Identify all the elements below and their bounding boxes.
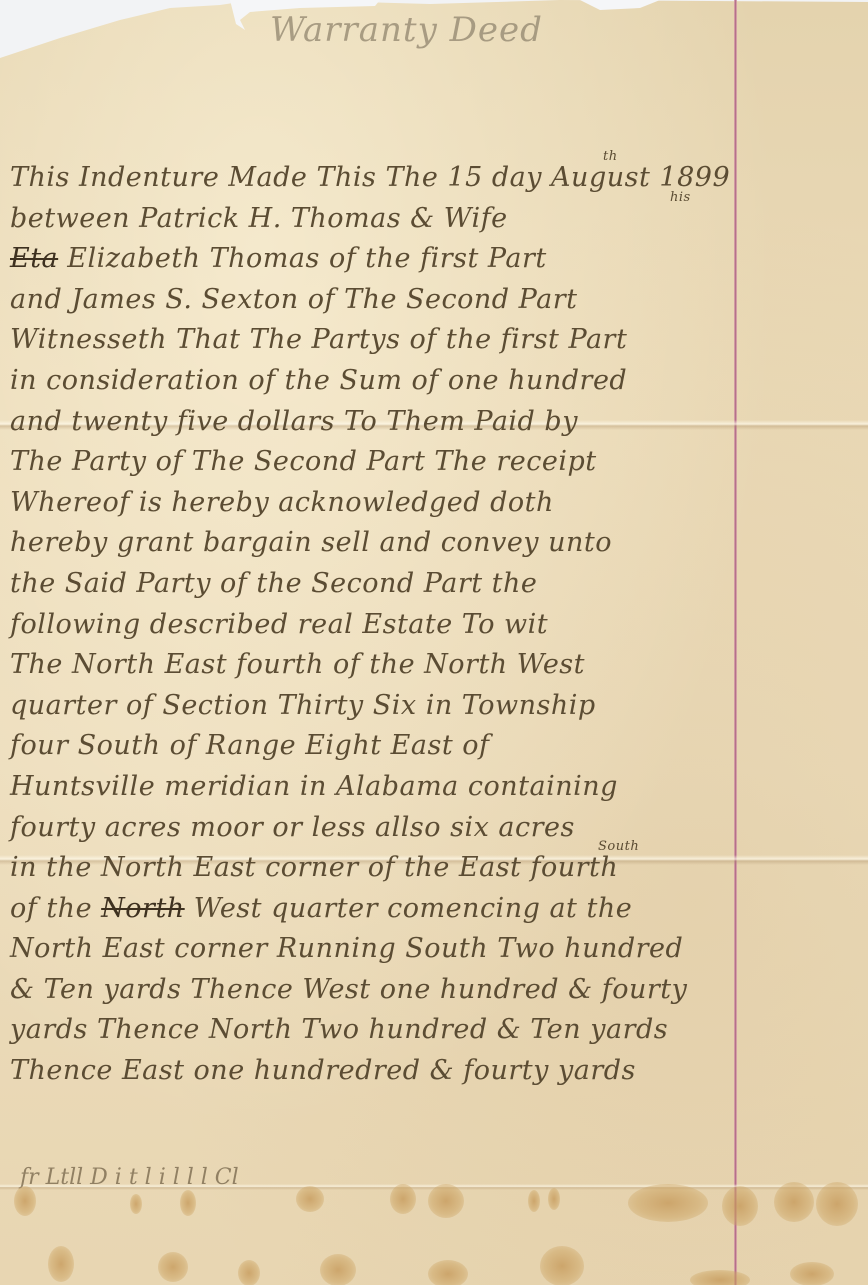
deed-line: of the North West quarter comencing at t… (10, 889, 868, 930)
deed-line-text: The Party of The Second Part The receipt (10, 446, 597, 477)
deed-line: yards Thence North Two hundred & Ten yar… (10, 1010, 868, 1051)
stain-mark (130, 1194, 142, 1214)
deed-line-text: in the North East corner of the East fou… (10, 852, 618, 883)
stain-mark (428, 1260, 468, 1285)
deed-line: Thence East one hundredred & fourty yard… (10, 1051, 868, 1092)
deed-line-text: and twenty five dollars To Them Paid by (10, 406, 578, 437)
deed-line: Whereof is hereby acknowledged doth (10, 483, 868, 524)
deed-line: Eta Elizabeth Thomas of the first Part (10, 239, 868, 280)
deed-line-text: Huntsville meridian in Alabama containin… (10, 771, 618, 802)
deed-line: and James S. Sexton of The Second Part (10, 280, 868, 321)
stain-mark (180, 1190, 196, 1216)
deed-line-text: hereby grant bargain sell and convey unt… (10, 527, 612, 558)
deed-line: fourty acres moor or less allso six acre… (10, 808, 868, 849)
deed-line: The North East fourth of the North West (10, 645, 868, 686)
cut-off-line: fr Ltll D i t l i l l l Cl (20, 1165, 239, 1190)
stain-mark (816, 1182, 858, 1226)
deed-line-text: yards Thence North Two hundred & Ten yar… (10, 1014, 668, 1045)
superscript-annotation: th (603, 150, 618, 163)
deed-line: quarter of Section Thirty Six in Townshi… (10, 686, 868, 727)
stain-mark (14, 1186, 36, 1216)
deed-line-text: The North East fourth of the North West (10, 649, 585, 680)
deed-line: North East corner Running South Two hund… (10, 929, 868, 970)
document-title: Warranty Deed (270, 10, 543, 50)
deed-line-text: fourty acres moor or less allso six acre… (10, 812, 575, 843)
struck-text: North (101, 893, 185, 924)
deed-line: hereby grant bargain sell and convey unt… (10, 523, 868, 564)
deed-line-text: and James S. Sexton of The Second Part (10, 284, 577, 315)
deed-line: The Party of The Second Part The receipt (10, 442, 868, 483)
deed-line-text: Elizabeth Thomas of the first Part (67, 243, 546, 274)
stain-mark (790, 1262, 834, 1285)
stain-mark (428, 1184, 464, 1218)
stain-mark (296, 1186, 324, 1212)
deed-body: This Indenture Made This The 15 day Augu… (10, 158, 868, 1092)
deed-line: & Ten yards Thence West one hundred & fo… (10, 970, 868, 1011)
deed-line: the Said Party of the Second Part the (10, 564, 868, 605)
deed-line-text: & Ten yards Thence West one hundred & fo… (10, 974, 687, 1005)
superscript-annotation: his (670, 191, 691, 204)
deed-line: four South of Range Eight East of (10, 726, 868, 767)
deed-line: following described real Estate To wit (10, 605, 868, 646)
stain-mark (628, 1184, 708, 1222)
deed-line-prefix: of the (10, 893, 92, 924)
deed-line: in the North East corner of the East fou… (10, 848, 868, 889)
deed-line-text: Whereof is hereby acknowledged doth (10, 487, 554, 518)
deed-line-text: Witnesseth That The Partys of the first … (10, 324, 627, 355)
deed-line-text: quarter of Section Thirty Six in Townshi… (10, 690, 596, 721)
stain-mark (390, 1184, 416, 1214)
deed-line-text: Thence East one hundredred & fourty yard… (10, 1055, 636, 1086)
stain-mark (690, 1270, 750, 1285)
deed-line: in consideration of the Sum of one hundr… (10, 361, 868, 402)
struck-text: Eta (10, 243, 58, 274)
stain-mark (540, 1246, 584, 1285)
stain-mark (774, 1182, 814, 1222)
deed-page: Warranty Deed This Indenture Made This T… (0, 0, 868, 1285)
stain-mark (722, 1186, 758, 1226)
deed-line-text: in consideration of the Sum of one hundr… (10, 365, 627, 396)
stain-mark (238, 1260, 260, 1285)
stain-mark (48, 1246, 74, 1282)
deed-line: This Indenture Made This The 15 day Augu… (10, 158, 868, 199)
stain-mark (320, 1254, 356, 1285)
deed-line-text: North East corner Running South Two hund… (10, 933, 683, 964)
deed-line-text: four South of Range Eight East of (10, 730, 490, 761)
deed-line-text: between Patrick H. Thomas & Wife (10, 203, 508, 234)
deed-line-text: West quarter comencing at the (194, 893, 632, 924)
deed-line-text: This Indenture Made This The 15 day Augu… (10, 162, 730, 193)
deed-line: between Patrick H. Thomas & Wife his (10, 199, 868, 240)
deed-line-text: following described real Estate To wit (10, 609, 548, 640)
superscript-annotation: South (598, 840, 639, 853)
stain-mark (158, 1252, 188, 1282)
stain-mark (548, 1188, 560, 1210)
stain-mark (528, 1190, 540, 1212)
deed-line: and twenty five dollars To Them Paid by (10, 402, 868, 443)
deed-line: Witnesseth That The Partys of the first … (10, 320, 868, 361)
deed-line: Huntsville meridian in Alabama containin… (10, 767, 868, 808)
deed-line-text: the Said Party of the Second Part the (10, 568, 537, 599)
